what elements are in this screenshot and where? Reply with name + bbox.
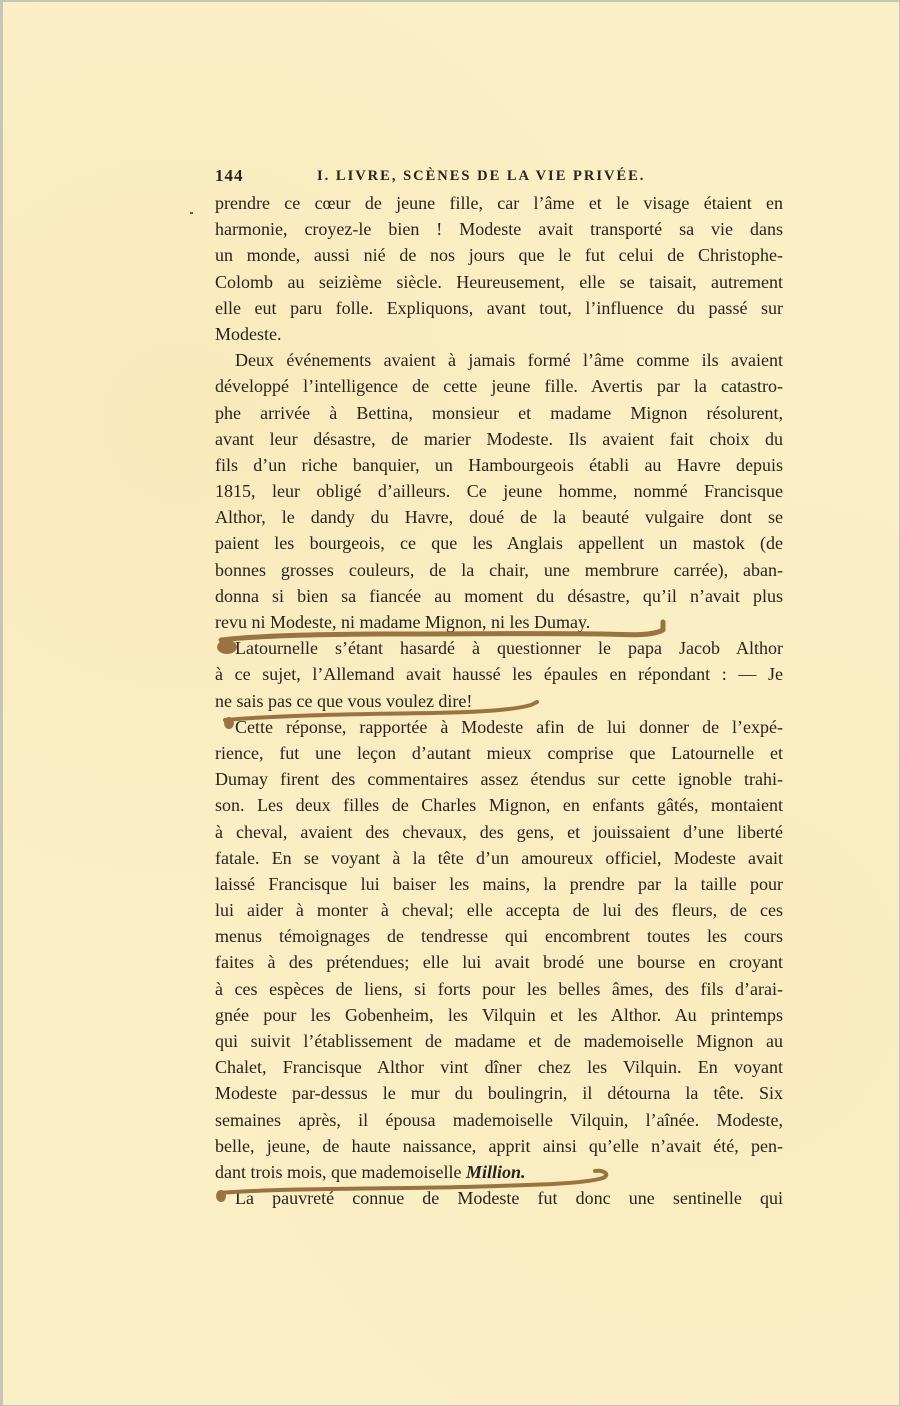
text-line: phe arrivée à Bettina, monsieur et madam… [215, 400, 783, 426]
text-line: Modeste par-dessus le mur du boulingrin,… [215, 1080, 783, 1106]
text-line: gnée pour les Gobenheim, les Vilquin et … [215, 1002, 783, 1028]
text-line: harmonie, croyez-le bien ! Modeste avait… [215, 216, 783, 242]
text-line: avant leur désastre, de marier Modeste. … [215, 426, 783, 452]
text-line: Cette réponse, rapportée à Modeste afin … [215, 714, 783, 740]
text-line: à cheval, avaient des chevaux, des gens,… [215, 819, 783, 845]
text-line: Colomb au seizième siècle. Heureusement,… [215, 269, 783, 295]
text-line: elle eut paru folle. Expliquons, avant t… [215, 295, 783, 321]
paragraph-5: La pauvreté connue de Modeste fut donc u… [215, 1185, 783, 1211]
paragraph-2: Deux événements avaient à jamais formé l… [215, 347, 783, 635]
text-line: belle, jeune, de haute naissance, apprit… [215, 1133, 783, 1159]
text-line: développé l’intelligence de cette jeune … [215, 373, 783, 399]
book-page: 144 I. LIVRE, SCÈNES DE LA VIE PRIVÉE. p… [3, 2, 899, 1405]
text-line: semaines après, il épousa mademoiselle V… [215, 1107, 783, 1133]
text-line: faites à des prétendues; elle lui avait … [215, 949, 783, 975]
text-line: son. Les deux filles de Charles Mignon, … [215, 792, 783, 818]
paragraph-3: Latournelle s’étant hasardé à questionne… [215, 635, 783, 714]
text-line: Latournelle s’étant hasardé à questionne… [215, 635, 783, 661]
text-line: 1815, leur obligé d’ailleurs. Ce jeune h… [215, 478, 783, 504]
text-line: paient les bourgeois, ce que les Anglais… [215, 530, 783, 556]
text-line: fatale. En se voyant à la tête d’un amou… [215, 845, 783, 871]
text-line: rience, fut une leçon d’autant mieux com… [215, 740, 783, 766]
paragraph-4: Cette réponse, rapportée à Modeste afin … [215, 714, 783, 1185]
text-line: La pauvreté connue de Modeste fut donc u… [215, 1185, 783, 1211]
text-line-underlined: dant trois mois, que mademoiselle Millio… [215, 1159, 783, 1185]
text-line: Chalet, Francisque Althor vint dîner che… [215, 1054, 783, 1080]
text-fragment: dant trois mois, que mademoiselle [215, 1162, 461, 1182]
text-line: bonnes grosses couleurs, de la chair, un… [215, 557, 783, 583]
text-line: Deux événements avaient à jamais formé l… [215, 347, 783, 373]
text-line-underlined: ne sais pas ce que vous voulez dire! [215, 688, 783, 714]
text-line: Dumay firent des commentaires assez éten… [215, 766, 783, 792]
page-number: 144 [215, 166, 244, 186]
page-text-block: 144 I. LIVRE, SCÈNES DE LA VIE PRIVÉE. p… [215, 162, 783, 1211]
text-line: un monde, aussi nié de nos jours que le … [215, 242, 783, 268]
paragraph-1: prendre ce cœur de jeune fille, car l’âm… [215, 190, 783, 347]
running-head-title: I. LIVRE, SCÈNES DE LA VIE PRIVÉE. [317, 168, 645, 185]
text-line: donna si bien sa fiancée au moment du dé… [215, 583, 783, 609]
italic-word-million: Million. [466, 1162, 526, 1182]
text-line: laissé Francisque lui baiser les mains, … [215, 871, 783, 897]
text-line: Althor, le dandy du Havre, doué de la be… [215, 504, 783, 530]
text-line: à ce sujet, l’Allemand avait haussé les … [215, 661, 783, 687]
text-line: qui suivit l’établissement de madame et … [215, 1028, 783, 1054]
text-line-underlined: revu ni Modeste, ni madame Mignon, ni le… [215, 609, 783, 635]
text-line: prendre ce cœur de jeune fille, car l’âm… [215, 190, 783, 216]
text-line: lui aider à monter à cheval; elle accept… [215, 897, 783, 923]
text-line: fils d’un riche banquier, un Hambourgeoi… [215, 452, 783, 478]
text-line: menus témoignages de tendresse qui encom… [215, 923, 783, 949]
text-line: à ces espèces de liens, si forts pour le… [215, 976, 783, 1002]
margin-ink-dot [190, 212, 193, 214]
running-head: 144 I. LIVRE, SCÈNES DE LA VIE PRIVÉE. [215, 162, 783, 190]
text-line: Modeste. [215, 321, 783, 347]
